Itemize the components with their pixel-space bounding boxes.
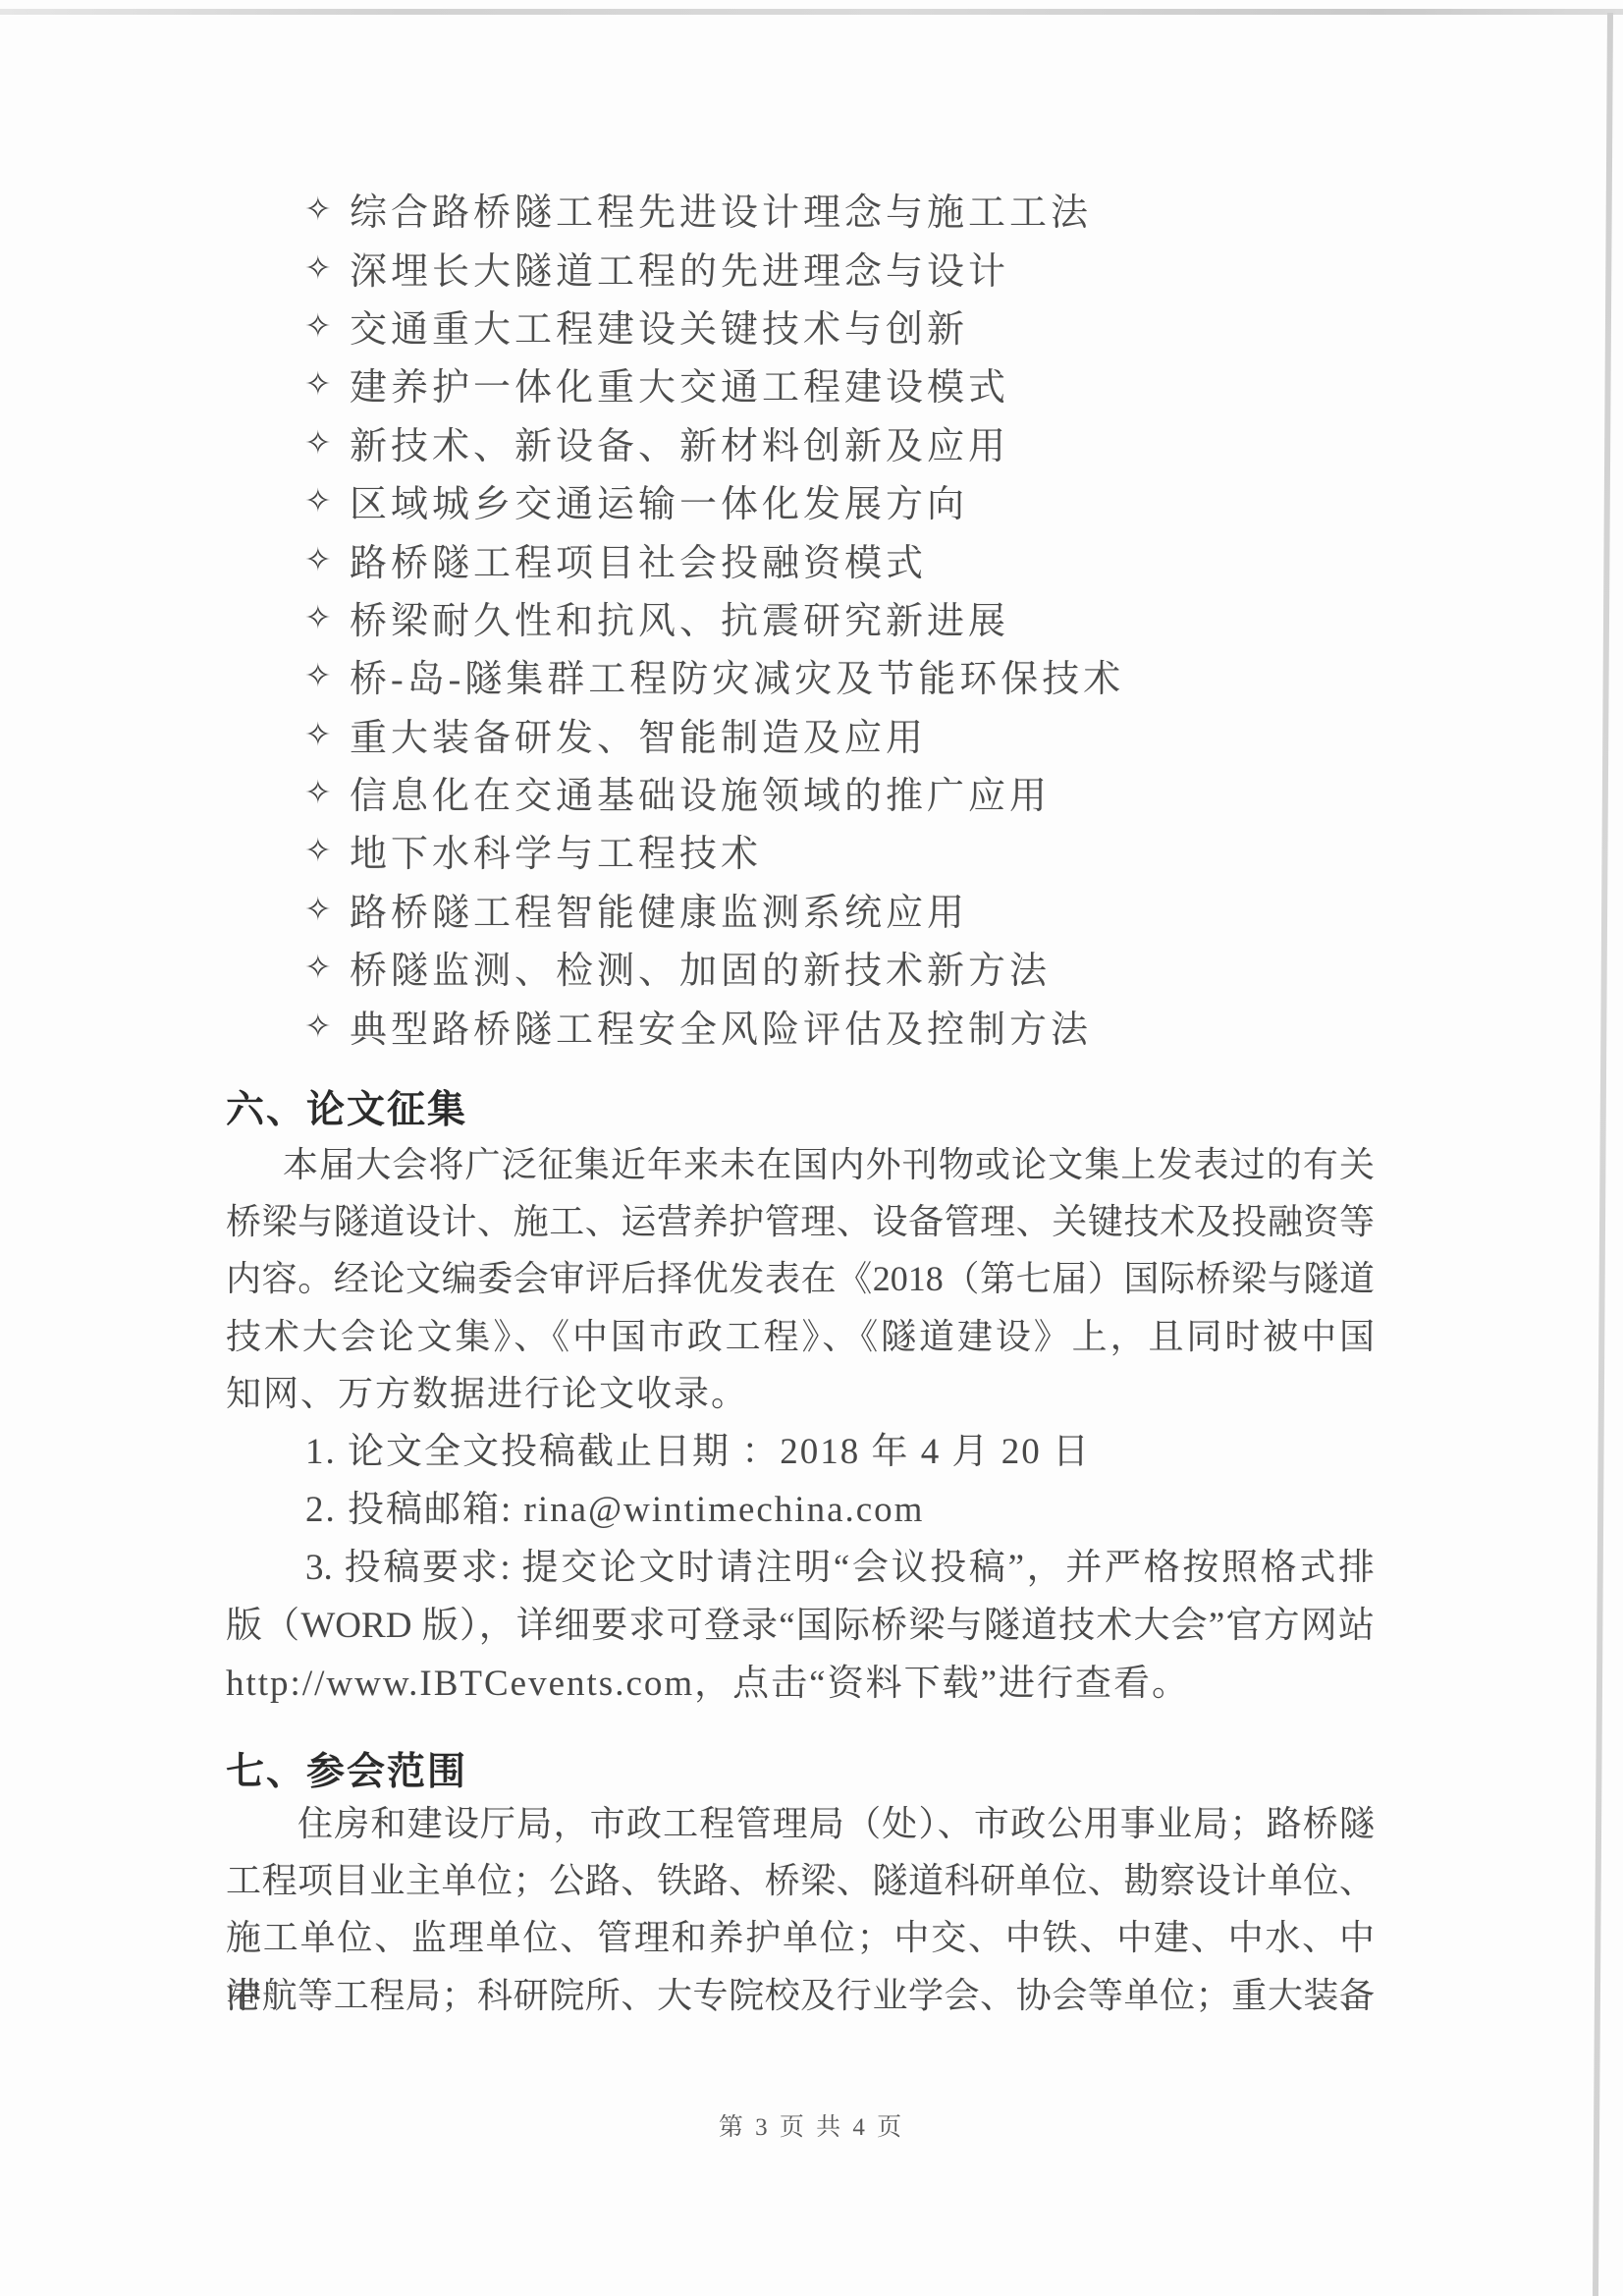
topic-item: ✧深埋长大隧道工程的先进理念与设计 — [226, 238, 1389, 296]
diamond-bullet-icon: ✧ — [304, 423, 350, 462]
topic-item: ✧地下水科学与工程技术 — [226, 821, 1389, 879]
topic-text: 桥-岛-隧集群工程防灾减灾及节能环保技术 — [350, 648, 1124, 702]
paragraph-line: 内容。经论文编委会审评后择优发表在《2018（第七届）国际桥梁与隧道 — [226, 1250, 1375, 1307]
paragraph-line: 工程项目业主单位；公路、铁路、桥梁、隧道科研单位、勘察设计单位、 — [226, 1852, 1375, 1909]
section-heading-paper-call: 六、论文征集 — [226, 1079, 467, 1134]
topic-item: ✧重大装备研发、智能制造及应用 — [226, 705, 1389, 763]
diamond-bullet-icon: ✧ — [304, 248, 350, 287]
page-number: 第 3 页 共 4 页 — [719, 2114, 904, 2141]
topic-item: ✧路桥隧工程智能健康监测系统应用 — [226, 880, 1389, 938]
paragraph-line: 中航等工程局；科研院所、大专院校及行业学会、协会等单位；重大装备 — [226, 1967, 1375, 2024]
topic-item: ✧区域城乡交通运输一体化发展方向 — [226, 471, 1389, 529]
topic-text: 建养护一体化重大交通工程建设模式 — [350, 356, 1009, 410]
paragraph-line: 桥梁与隧道设计、施工、运营养护管理、设备管理、关键技术及投融资等 — [226, 1193, 1375, 1250]
topic-text: 桥梁耐久性和抗风、抗震研究新进展 — [350, 590, 1009, 644]
topic-text: 典型路桥隧工程安全风险评估及控制方法 — [350, 999, 1092, 1053]
numbered-item-line: 2. 投稿邮箱: rina@wintimechina.com — [226, 1481, 1375, 1539]
topic-item: ✧桥隧监测、检测、加固的新技术新方法 — [226, 938, 1389, 996]
paper-call-paragraph: 本届大会将广泛征集近年来未在国内外刊物或论文集上发表过的有关 桥梁与隧道设计、施… — [226, 1136, 1375, 1422]
topic-text: 交通重大工程建设关键技术与创新 — [350, 299, 968, 353]
paragraph-line: 施工单位、监理单位、管理和养护单位；中交、中铁、中建、中水、中港、 — [226, 1909, 1375, 1966]
numbered-item-line: 1. 论文全文投稿截止日期 ：2018 年 4 月 20 日 — [226, 1423, 1375, 1481]
diamond-bullet-icon: ✧ — [304, 364, 350, 403]
page-footer: 第 3 页 共 4 页 — [0, 2107, 1623, 2143]
paragraph-line: 住房和建设厅局，市政工程管理局（处）、市政公用事业局；路桥隧 — [226, 1795, 1375, 1852]
diamond-bullet-icon: ✧ — [304, 540, 350, 578]
scan-edge-top — [0, 9, 1623, 15]
topic-text: 新技术、新设备、新材料创新及应用 — [350, 415, 1009, 469]
numbered-item-line: 3. 投稿要求: 提交论文时请注明“会议投稿”，并严格按照格式排 — [226, 1539, 1375, 1597]
topic-item: ✧路桥隧工程项目社会投融资模式 — [226, 529, 1389, 587]
topic-item: ✧典型路桥隧工程安全风险评估及控制方法 — [226, 996, 1389, 1054]
topic-item: ✧信息化在交通基础设施领域的推广应用 — [226, 763, 1389, 821]
topic-item: ✧综合路桥隧工程先进设计理念与施工工法 — [226, 180, 1389, 238]
topic-text: 路桥隧工程项目社会投融资模式 — [350, 532, 927, 586]
scan-edge-right — [1593, 13, 1613, 2296]
topic-text: 桥隧监测、检测、加固的新技术新方法 — [350, 940, 1051, 994]
topic-text: 地下水科学与工程技术 — [350, 823, 762, 877]
diamond-bullet-icon: ✧ — [304, 598, 350, 636]
topic-item: ✧桥梁耐久性和抗风、抗震研究新进展 — [226, 588, 1389, 646]
diamond-bullet-icon: ✧ — [304, 715, 350, 753]
diamond-bullet-icon: ✧ — [304, 890, 350, 928]
topic-item: ✧新技术、新设备、新材料创新及应用 — [226, 413, 1389, 471]
diamond-bullet-icon: ✧ — [304, 1007, 350, 1045]
paragraph-line: 知网、万方数据进行论文收录。 — [226, 1365, 1375, 1422]
diamond-bullet-icon: ✧ — [304, 773, 350, 811]
topic-text: 重大装备研发、智能制造及应用 — [350, 707, 927, 761]
paragraph-line: 技术大会论文集》、《中国市政工程》、《隧道建设》上，且同时被中国 — [226, 1308, 1375, 1365]
topic-text: 信息化在交通基础设施领域的推广应用 — [350, 765, 1051, 819]
diamond-bullet-icon: ✧ — [304, 481, 350, 519]
diamond-bullet-icon: ✧ — [304, 948, 350, 986]
numbered-item-line: 版（WORD 版），详细要求可登录“国际桥梁与隧道技术大会”官方网站 — [226, 1597, 1375, 1655]
section-heading-attendance-scope: 七、参会范围 — [226, 1741, 467, 1796]
topic-text: 深埋长大隧道工程的先进理念与设计 — [350, 241, 1009, 295]
topic-text: 路桥隧工程智能健康监测系统应用 — [350, 882, 968, 936]
diamond-bullet-icon: ✧ — [304, 306, 350, 345]
topic-item: ✧桥-岛-隧集群工程防灾减灾及节能环保技术 — [226, 646, 1389, 704]
topic-text: 区域城乡交通运输一体化发展方向 — [350, 473, 968, 527]
diamond-bullet-icon: ✧ — [304, 831, 350, 869]
numbered-item-line: http://www.IBTCevents.com，点击“资料下载”进行查看。 — [226, 1655, 1375, 1713]
attendance-scope-paragraph: 住房和建设厅局，市政工程管理局（处）、市政公用事业局；路桥隧 工程项目业主单位；… — [226, 1795, 1375, 2024]
paragraph-line: 本届大会将广泛征集近年来未在国内外刊物或论文集上发表过的有关 — [226, 1136, 1375, 1193]
topic-item: ✧交通重大工程建设关键技术与创新 — [226, 297, 1389, 355]
submission-numbered-list: 1. 论文全文投稿截止日期 ：2018 年 4 月 20 日 2. 投稿邮箱: … — [226, 1423, 1375, 1713]
topic-item: ✧建养护一体化重大交通工程建设模式 — [226, 355, 1389, 412]
topic-text: 综合路桥隧工程先进设计理念与施工工法 — [350, 182, 1092, 236]
topics-list: ✧综合路桥隧工程先进设计理念与施工工法 ✧深埋长大隧道工程的先进理念与设计 ✧交… — [226, 180, 1389, 1055]
diamond-bullet-icon: ✧ — [304, 190, 350, 228]
diamond-bullet-icon: ✧ — [304, 656, 350, 694]
